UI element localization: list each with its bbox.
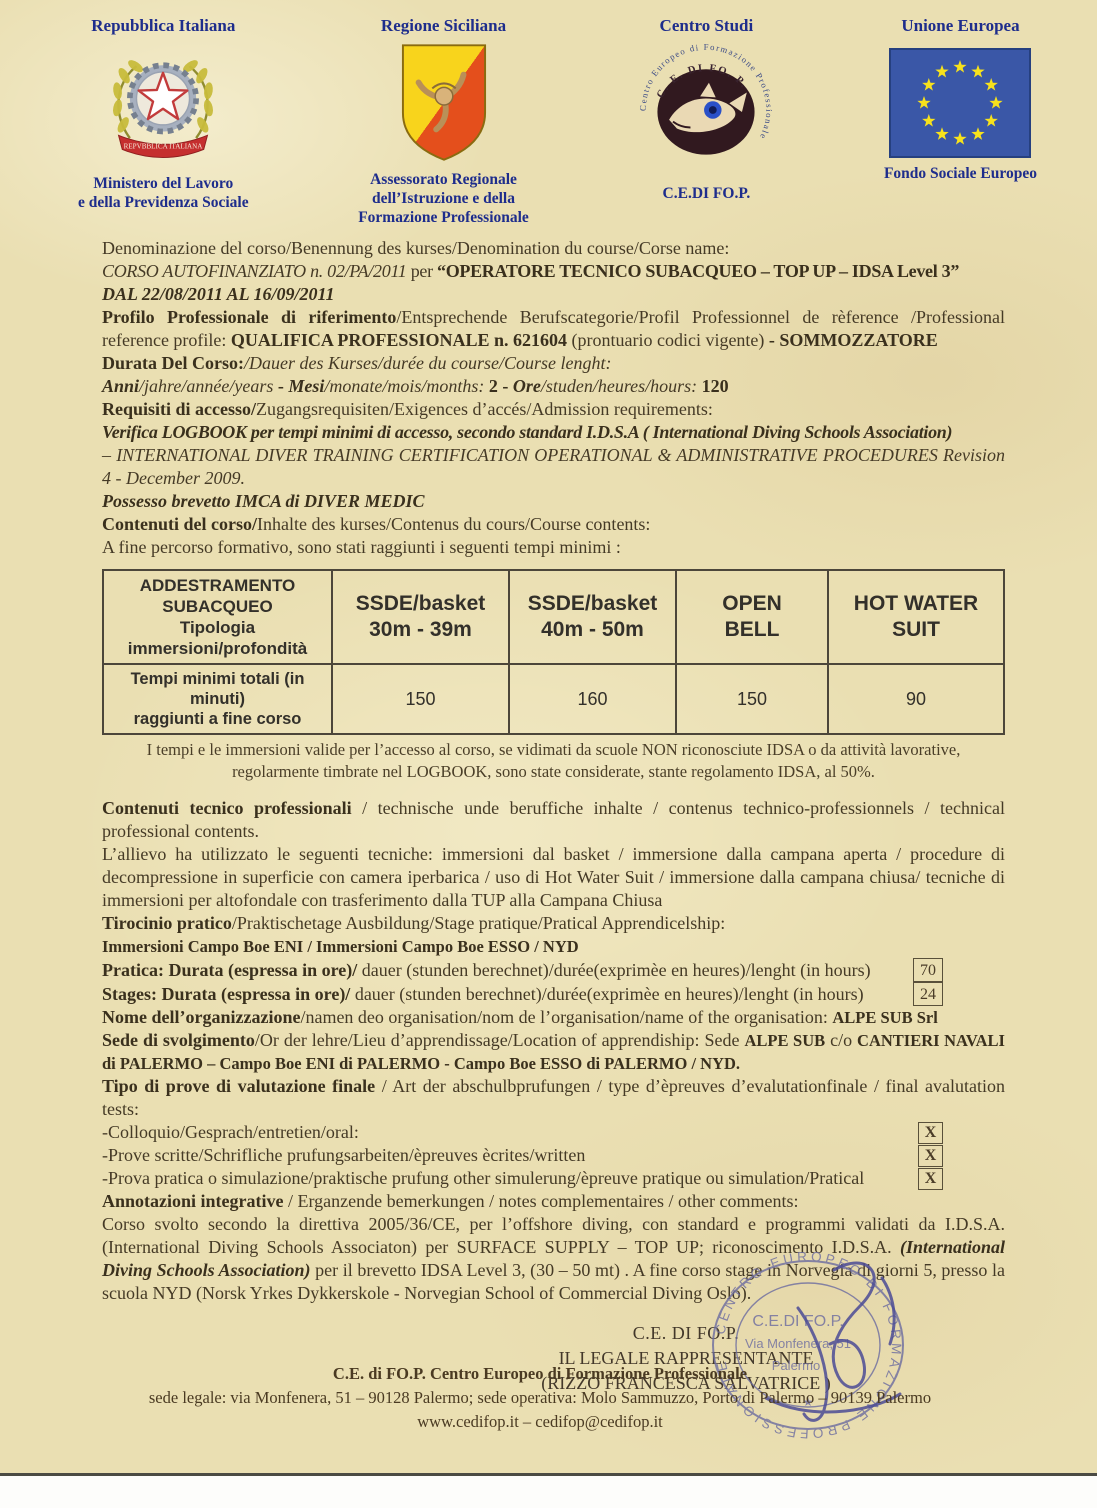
table-header-addestramento: ADDESTRAMENTO SUBACQUEO Tipologia immers…	[103, 570, 332, 664]
prova-pratica: -Prova pratica o simulazione/praktische …	[102, 1167, 1005, 1190]
corso-dates: DAL 22/08/2011 AL 16/09/2011	[102, 283, 1005, 306]
repubblica-caption: Ministero del Lavoro e della Previdenza …	[78, 174, 249, 212]
sicilia-title: Regione Siciliana	[381, 16, 506, 36]
tirocinio-pratico-seg-0: Tirocinio pratico	[102, 913, 232, 933]
allievo-tecniche-seg-0: L’allievo ha utilizzato le seguenti tecn…	[102, 844, 1005, 910]
cedifop-logo-icon: C. E. DI FO. P. Centro Europeo di Formaz…	[638, 42, 774, 178]
allievo-tecniche-text: L’allievo ha utilizzato le seguenti tecn…	[102, 844, 1005, 910]
pratica-durata-text: Pratica: Durata (espressa in ore)/ dauer…	[102, 959, 913, 982]
tipo-prove-seg-0: Tipo di prove di valutazione finale	[102, 1076, 375, 1096]
profilo-professionale-seg-2: QUALIFICA PROFESSIONALE n. 621604	[231, 330, 572, 350]
profilo-professionale-seg-0: Profilo Professionale di riferimento	[102, 307, 396, 327]
colloquio-oral: -Colloquio/Gesprach/entretien/oral:X	[102, 1121, 1005, 1144]
verifica-logbook-text: Verifica LOGBOOK per tempi minimi di acc…	[102, 422, 952, 442]
requisiti-accesso-seg-1: Zugangsrequisiten/Exigences d’accés/Admi…	[256, 399, 713, 419]
header-column-unione-europea: Unione Europea Fondo Sociale Europ	[884, 16, 1037, 227]
corso-dates-seg-0: DAL 22/08/2011 AL 16/09/2011	[102, 284, 335, 304]
corso-title-seg-1: per	[407, 261, 437, 281]
sicilia-caption: Assessorato Regionale dell’Istruzione e …	[358, 170, 529, 227]
corso-title-seg-0: CORSO AUTOFINANZIATO n. 02/PA/2011	[102, 261, 407, 281]
corso-dates-text: DAL 22/08/2011 AL 16/09/2011	[102, 284, 335, 304]
prove-scritte-text: -Prove scritte/Schrifliche prufungsarbei…	[102, 1144, 918, 1167]
sede-svolgimento-seg-1: /Or der lehre/Lieu d’apprendissage/Locat…	[255, 1030, 745, 1050]
profilo-professionale-seg-4: - SOMMOZZATORE	[769, 330, 938, 350]
contenuti-tecnico: Contenuti tecnico professionali / techni…	[102, 797, 1005, 843]
sede-svolgimento-seg-0: Sede di svolgimento	[102, 1030, 255, 1050]
table-value-open-bell: 150	[676, 664, 828, 734]
requisiti-accesso-seg-0: Requisiti di accesso/	[102, 399, 256, 419]
tirocinio-pratico: Tirocinio pratico/Praktischetage Ausbild…	[102, 912, 1005, 935]
allievo-tecniche: L’allievo ha utilizzato le seguenti tecn…	[102, 843, 1005, 912]
durata-del-corso-seg-1: /Dauer des Kurses/durée du course/Course…	[244, 353, 611, 373]
fine-percorso-seg-0: A fine percorso formativo, sono stati ra…	[102, 537, 621, 557]
table-note: I tempi e le immersioni valide per l’acc…	[102, 739, 1005, 783]
prova-pratica-text: -Prova pratica o simulazione/praktische …	[102, 1167, 918, 1190]
tipo-prove: Tipo di prove di valutazione finale / Ar…	[102, 1075, 1005, 1121]
anni-mesi-ore-seg-3: Mesi	[288, 376, 324, 396]
denominazione-label-seg-0: Denominazione del corso/Benennung des ku…	[102, 238, 729, 258]
footer-address-line: sede legale: via Monfenera, 51 – 90128 P…	[0, 1386, 1080, 1410]
durata-del-corso-seg-0: Durata Del Corso:	[102, 353, 244, 373]
table-row-label: Tempi minimi totali (in minuti) raggiunt…	[103, 664, 332, 734]
pratica-durata-seg-0: Pratica: Durata (espressa in ore)/	[102, 960, 357, 980]
anni-mesi-ore-seg-8: 120	[697, 376, 729, 396]
stages-durata-text: Stages: Durata (espressa in ore)/ dauer …	[102, 983, 913, 1006]
centro-studi-caption: C.E.DI FO.P.	[663, 184, 751, 203]
table-header-row: ADDESTRAMENTO SUBACQUEO Tipologia immers…	[103, 570, 1004, 664]
possesso-brevetto-seg-0: Possesso brevetto IMCA di DIVER MEDIC	[102, 491, 425, 511]
contenuti-tecnico-text: Contenuti tecnico professionali / techni…	[102, 798, 1005, 841]
idsa-procedures-seg-0: – INTERNATIONAL DIVER TRAINING CERTIFICA…	[102, 445, 1005, 488]
eu-flag-icon	[889, 48, 1031, 158]
prove-scritte: -Prove scritte/Schrifliche prufungsarbei…	[102, 1144, 1005, 1167]
header-column-centro-studi: Centro Studi C. E. DI FO. P. Centro Euro…	[638, 16, 774, 227]
corso-title: CORSO AUTOFINANZIATO n. 02/PA/2011 per “…	[102, 260, 1005, 283]
corso-title-text: CORSO AUTOFINANZIATO n. 02/PA/2011 per “…	[102, 261, 959, 281]
profilo-professionale-seg-3: (prontuario codici vigente)	[571, 330, 768, 350]
prova-pratica-checkbox[interactable]: X	[918, 1168, 943, 1190]
repubblica-title: Repubblica Italiana	[91, 16, 235, 36]
fine-percorso: A fine percorso formativo, sono stati ra…	[102, 536, 1005, 559]
durata-del-corso: Durata Del Corso:/Dauer des Kurses/durée…	[102, 352, 1005, 375]
annotazioni-integrative-seg-0: Annotazioni integrative	[102, 1191, 284, 1211]
sede-svolgimento: Sede di svolgimento/Or der lehre/Lieu d’…	[102, 1029, 1005, 1075]
centro-studi-title: Centro Studi	[660, 16, 754, 36]
nome-organizzazione-text: Nome dell’organizzazione/namen deo organ…	[102, 1007, 938, 1027]
annotazioni-integrative: Annotazioni integrative / Erganzende bem…	[102, 1190, 1005, 1213]
requisiti-accesso-text: Requisiti di accesso/Zugangsrequisiten/E…	[102, 399, 713, 419]
italy-emblem-icon: REPVBBLICA ITALIANA	[92, 42, 234, 168]
contenuti-corso-seg-0: Contenuti del corso/	[102, 514, 257, 534]
tirocinio-pratico-text: Tirocinio pratico/Praktischetage Ausbild…	[102, 913, 725, 933]
footer: C.E. di FO.P. Centro Europeo di Formazio…	[0, 1362, 1080, 1434]
sicily-shield-icon	[400, 42, 488, 164]
immersioni-campo-boe: Immersioni Campo Boe ENI / Immersioni Ca…	[102, 935, 1005, 958]
header-column-sicilia: Regione Siciliana Assessorato Region	[358, 16, 529, 227]
stages-durata-seg-0: Stages: Durata (espressa in ore)/	[102, 984, 350, 1004]
prove-scritte-checkbox[interactable]: X	[918, 1145, 943, 1167]
annotazioni-integrative-seg-1: / Erganzende bemerkungen / notes complem…	[284, 1191, 799, 1211]
anni-mesi-ore: Anni/jahre/année/years - Mesi/monate/moi…	[102, 375, 1005, 398]
nome-organizzazione-seg-2: ALPE SUB Srl	[832, 1008, 937, 1027]
nome-organizzazione-seg-1: /namen deo organisation/nom de l’organis…	[300, 1007, 832, 1027]
colloquio-oral-checkbox[interactable]: X	[918, 1122, 943, 1144]
stages-durata-value-box: 24	[913, 982, 943, 1006]
anni-mesi-ore-seg-2: -	[273, 376, 288, 396]
scanned-certificate-page: Repubblica Italiana	[0, 0, 1097, 1508]
possesso-brevetto-text: Possesso brevetto IMCA di DIVER MEDIC	[102, 491, 425, 511]
anni-mesi-ore-seg-7: /studen/heures/hours:	[541, 376, 697, 396]
requisiti-accesso: Requisiti di accesso/Zugangsrequisiten/E…	[102, 398, 1005, 421]
colloquio-oral-seg-0: -Colloquio/Gesprach/entretien/oral:	[102, 1122, 359, 1142]
idsa-procedures-text: – INTERNATIONAL DIVER TRAINING CERTIFICA…	[102, 445, 1005, 488]
header-logos-row: Repubblica Italiana	[0, 0, 1097, 227]
body-section-top: Denominazione del corso/Benennung des ku…	[102, 237, 1005, 559]
pratica-durata: Pratica: Durata (espressa in ore)/ dauer…	[102, 958, 1005, 982]
table-header-hot-water-suit: HOT WATER SUIT	[828, 570, 1004, 664]
table-header-ssde-30-39: SSDE/basket 30m - 39m	[332, 570, 509, 664]
prove-scritte-seg-0: -Prove scritte/Schrifliche prufungsarbei…	[102, 1145, 585, 1165]
idsa-procedures: – INTERNATIONAL DIVER TRAINING CERTIFICA…	[102, 444, 1005, 490]
sede-svolgimento-seg-3: c/o	[825, 1030, 857, 1050]
stages-durata-seg-1: dauer (stunden berechnet)/durée(exprimèe…	[350, 984, 863, 1004]
contenuti-corso-seg-1: Inhalte des kurses/Contenus du cours/Cou…	[257, 514, 650, 534]
prova-pratica-seg-0: -Prova pratica o simulazione/praktische …	[102, 1168, 864, 1188]
contenuti-corso: Contenuti del corso/Inhalte des kurses/C…	[102, 513, 1005, 536]
footer-web-email-line: www.cedifop.it – cedifop@cedifop.it	[0, 1410, 1080, 1434]
immersioni-campo-boe-text: Immersioni Campo Boe ENI / Immersioni Ca…	[102, 937, 579, 956]
contenuti-corso-text: Contenuti del corso/Inhalte des kurses/C…	[102, 514, 650, 534]
nome-organizzazione-seg-0: Nome dell’organizzazione	[102, 1007, 300, 1027]
header-column-repubblica: Repubblica Italiana	[78, 16, 249, 227]
table-header-ssde-40-50: SSDE/basket 40m - 50m	[509, 570, 676, 664]
stages-durata: Stages: Durata (espressa in ore)/ dauer …	[102, 982, 1005, 1006]
emblem-banner-text: REPVBBLICA ITALIANA	[124, 143, 204, 151]
sede-svolgimento-text: Sede di svolgimento/Or der lehre/Lieu d’…	[102, 1030, 1005, 1073]
unione-europea-title: Unione Europea	[901, 16, 1019, 36]
document-body: Denominazione del corso/Benennung des ku…	[0, 227, 1097, 1396]
pratica-durata-seg-1: dauer (stunden berechnet)/durée(exprimèe…	[357, 960, 870, 980]
anni-mesi-ore-seg-0: Anni	[102, 376, 139, 396]
durata-del-corso-text: Durata Del Corso:/Dauer des Kurses/durée…	[102, 353, 611, 373]
denominazione-label: Denominazione del corso/Benennung des ku…	[102, 237, 1005, 260]
unione-europea-caption: Fondo Sociale Europeo	[884, 164, 1037, 183]
annotazioni-integrative-text: Annotazioni integrative / Erganzende bem…	[102, 1191, 799, 1211]
table-row: Tempi minimi totali (in minuti) raggiunt…	[103, 664, 1004, 734]
tipo-prove-text: Tipo di prove di valutazione finale / Ar…	[102, 1076, 1005, 1119]
nome-organizzazione: Nome dell’organizzazione/namen deo organ…	[102, 1006, 1005, 1029]
body-section-bottom: Contenuti tecnico professionali / techni…	[102, 797, 1005, 1305]
anni-mesi-ore-seg-6: Ore	[513, 376, 541, 396]
table-header-open-bell: OPEN BELL	[676, 570, 828, 664]
footer-org-line: C.E. di FO.P. Centro Europeo di Formazio…	[0, 1362, 1080, 1386]
profilo-professionale-text: Profilo Professionale di riferimento/Ent…	[102, 307, 1005, 350]
anni-mesi-ore-seg-4: /monate/mois/months:	[324, 376, 484, 396]
anni-mesi-ore-text: Anni/jahre/année/years - Mesi/monate/moi…	[102, 376, 729, 396]
stamp-line1: C.E.DI FO.P.	[752, 1313, 843, 1330]
table-value-hot-water-suit: 90	[828, 664, 1004, 734]
scan-edge-strip	[0, 1473, 1097, 1508]
immersioni-campo-boe-seg-0: Immersioni Campo Boe ENI / Immersioni Ca…	[102, 937, 579, 956]
verifica-logbook-seg-0: Verifica LOGBOOK per tempi minimi di acc…	[102, 422, 952, 442]
tirocinio-pratico-seg-1: /Praktischetage Ausbildung/Stage pratiqu…	[232, 913, 725, 933]
contenuti-tecnico-seg-0: Contenuti tecnico professionali	[102, 798, 352, 818]
table-value-ssde-30-39: 150	[332, 664, 509, 734]
table-value-ssde-40-50: 160	[509, 664, 676, 734]
anni-mesi-ore-seg-1: /jahre/année/years	[139, 376, 273, 396]
sede-svolgimento-seg-2: ALPE SUB	[744, 1031, 825, 1050]
dive-times-table: ADDESTRAMENTO SUBACQUEO Tipologia immers…	[102, 569, 1005, 735]
denominazione-label-text: Denominazione del corso/Benennung des ku…	[102, 238, 729, 258]
possesso-brevetto: Possesso brevetto IMCA di DIVER MEDIC	[102, 490, 1005, 513]
colloquio-oral-text: -Colloquio/Gesprach/entretien/oral:	[102, 1121, 918, 1144]
profilo-professionale: Profilo Professionale di riferimento/Ent…	[102, 306, 1005, 352]
pratica-durata-value-box: 70	[913, 958, 943, 982]
corso-title-seg-2: “OPERATORE TECNICO SUBACQUEO – TOP UP – …	[437, 261, 959, 281]
verifica-logbook: Verifica LOGBOOK per tempi minimi di acc…	[102, 421, 1005, 444]
fine-percorso-text: A fine percorso formativo, sono stati ra…	[102, 537, 621, 557]
anni-mesi-ore-seg-5: 2 -	[484, 376, 513, 396]
